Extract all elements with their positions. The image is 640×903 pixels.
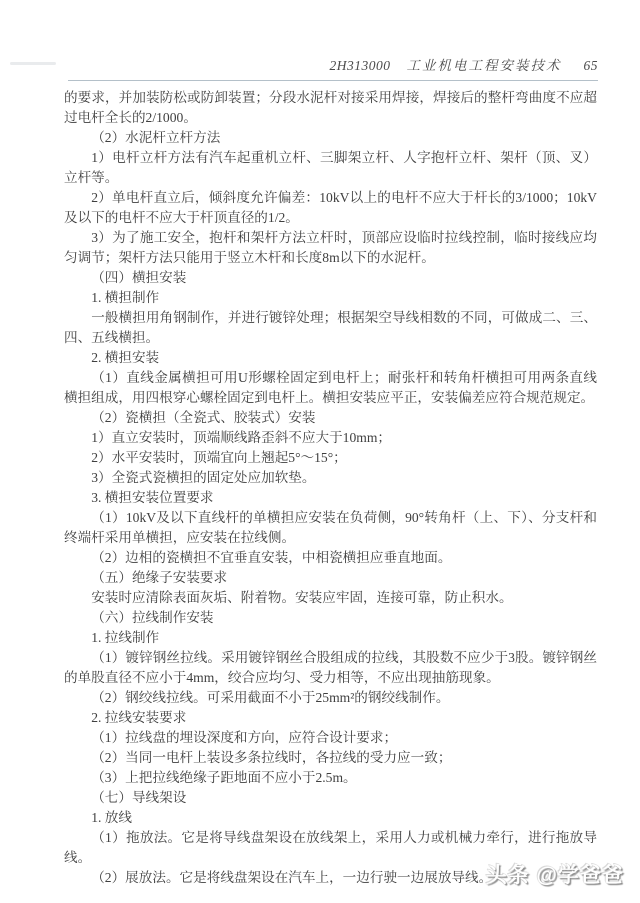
paragraph: 1. 拉线制作 xyxy=(64,628,597,648)
paragraph: 3）为了施工安全，抱杆和架杆方法立杆时，顶部应设临时拉线控制，临时接线应均匀调节… xyxy=(64,228,597,268)
paragraph: （1）直线金属横担可用U形螺栓固定到电杆上；耐张杆和转角杆横担可用两条直线横担组… xyxy=(64,368,597,408)
paragraph: 1. 放线 xyxy=(64,808,597,828)
paragraph: 3）全瓷式瓷横担的固定处应加软垫。 xyxy=(64,468,597,488)
paragraph: 1）直立安装时，顶端顺线路歪斜不应大于10mm； xyxy=(64,428,597,448)
paragraph: （七）导线架设 xyxy=(64,788,597,808)
paragraph: 3. 横担安装位置要求 xyxy=(64,488,597,508)
header-rule xyxy=(68,80,598,81)
paragraph: 2）水平安装时，顶端宜向上翘起5°～15°； xyxy=(64,448,597,468)
paragraph: 2）单电杆直立后，倾斜度允许偏差：10kV以上的电杆不应大于杆长的3/1000；… xyxy=(64,188,597,228)
paragraph: （2）瓷横担（全瓷式、胶装式）安装 xyxy=(64,408,597,428)
paragraph: （1）拉线盘的埋设深度和方向，应符合设计要求； xyxy=(64,728,597,748)
paragraph: （2）当同一电杆上装设多条拉线时，各拉线的受力应一致； xyxy=(64,748,597,768)
paragraph: 的要求，并加装防松或防卸装置；分段水泥杆对接采用焊接，焊接后的整杆弯曲度不应超过… xyxy=(64,88,597,128)
paragraph: 1. 横担制作 xyxy=(64,288,597,308)
document-page: 2H313000工业机电工程安装技术65 的要求，并加装防松或防卸装置；分段水泥… xyxy=(0,0,640,903)
paragraph: 2. 横担安装 xyxy=(64,348,597,368)
page-header: 2H313000工业机电工程安装技术65 xyxy=(64,54,598,74)
paragraph: （四）横担安装 xyxy=(64,268,597,288)
paragraph: 1）电杆立杆方法有汽车起重机立杆、三脚架立杆、人字抱杆立杆、架杆（顶、叉）立杆等… xyxy=(64,148,597,188)
paragraph: （1）镀锌钢丝拉线。采用镀锌钢丝合股组成的拉线，其股数不应少于3股。镀锌钢丝的单… xyxy=(64,648,597,688)
paragraph: （五）绝缘子安装要求 xyxy=(64,568,597,588)
paragraph: 安装时应清除表面灰垢、附着物。安装应牢固，连接可靠，防止积水。 xyxy=(64,588,597,608)
paragraph: 一般横担用角钢制作，并进行镀锌处理；根据架空导线相数的不同，可做成二、三、四、五… xyxy=(64,308,597,348)
scan-artifact xyxy=(10,62,56,65)
paragraph: （2）水泥杆立杆方法 xyxy=(64,128,597,148)
paragraph: （3）上把拉线绝缘子距地面不应小于2.5m。 xyxy=(64,768,597,788)
paragraph: （2）边相的瓷横担不宜垂直安装，中相瓷横担应垂直地面。 xyxy=(64,548,597,568)
paragraph: 2. 拉线安装要求 xyxy=(64,708,597,728)
document-body: 的要求，并加装防松或防卸装置；分段水泥杆对接采用焊接，焊接后的整杆弯曲度不应超过… xyxy=(64,88,597,888)
watermark: 头条 @学爸爸 xyxy=(486,859,624,889)
paragraph: （1）10kV及以下直线杆的单横担应安装在负荷侧，90°转角杆（上、下）、分支杆… xyxy=(64,508,597,548)
page-number: 65 xyxy=(584,58,599,73)
paragraph: （2）钢绞线拉线。可采用截面不小于25mm²的钢绞线制作。 xyxy=(64,688,597,708)
header-chapter-code: 2H313000 xyxy=(330,58,391,73)
header-book-title: 工业机电工程安装技术 xyxy=(407,58,562,73)
paragraph: （六）拉线制作安装 xyxy=(64,608,597,628)
